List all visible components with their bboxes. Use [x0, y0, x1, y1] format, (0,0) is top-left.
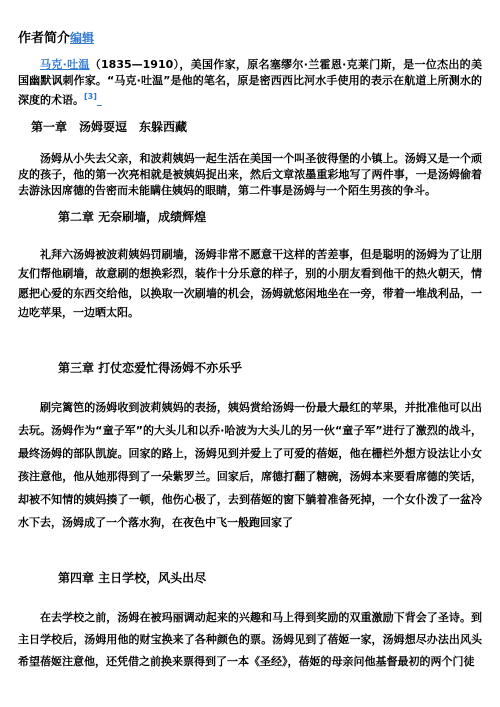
mark-twain-link[interactable]: 马克·吐温 — [40, 58, 90, 71]
section-title-text: 作者简介 — [18, 31, 70, 46]
chapter-body: 在去学校之前，汤姆在被玛丽调动起来的兴趣和马上得到奖励的双重激励下背会了圣诗。到… — [18, 607, 482, 673]
chapter-heading: 第一章 汤姆耍逗 东躲西藏 — [31, 120, 482, 134]
author-intro-paragraph: 马克·吐温（1835—1910），美国作家，原名塞缪尔·兰霍恩·克莱门斯，是一位… — [18, 57, 482, 110]
chapter-heading: 第四章 主日学校，风头出尽 — [58, 571, 482, 585]
reference-underscore: _ — [97, 96, 102, 107]
chapter-section: 第四章 主日学校，风头出尽在去学校之前，汤姆在被玛丽调动起来的兴趣和马上得到奖励… — [18, 571, 482, 673]
reference-link[interactable]: [3] — [84, 92, 97, 101]
chapter-section: 第三章 打仗恋爱忙得汤姆不亦乐乎刷完篱笆的汤姆收到波莉姨妈的表扬，姨妈赏给汤姆一… — [18, 361, 482, 534]
chapter-body: 刷完篱笆的汤姆收到波莉姨妈的表扬，姨妈赏给汤姆一份最大最红的苹果，并批准他可以出… — [18, 396, 482, 534]
chapter-heading: 第三章 打仗恋爱忙得汤姆不亦乐乎 — [58, 361, 482, 375]
section-title: 作者简介编辑 — [18, 31, 482, 46]
chapter-heading: 第二章 无奈刷墙，成绩辉煌 — [58, 210, 482, 224]
edit-link[interactable]: 编辑 — [70, 31, 94, 45]
chapter-body: 礼拜六汤姆被波莉姨妈罚刷墙，汤姆非常不愿意干这样的苦差事，但是聪明的汤姆为了让朋… — [18, 245, 482, 323]
chapter-body: 汤姆从小失去父亲，和波莉姨妈一起生活在美国一个叫圣彼得堡的小镇上。汤姆又是一个顽… — [18, 151, 482, 199]
chapter-section: 第一章 汤姆耍逗 东躲西藏汤姆从小失去父亲，和波莉姨妈一起生活在美国一个叫圣彼得… — [18, 120, 482, 199]
chapters-container: 第一章 汤姆耍逗 东躲西藏汤姆从小失去父亲，和波莉姨妈一起生活在美国一个叫圣彼得… — [18, 120, 482, 673]
document-page: 作者简介编辑 马克·吐温（1835—1910），美国作家，原名塞缪尔·兰霍恩·克… — [0, 0, 500, 707]
chapter-section: 第二章 无奈刷墙，成绩辉煌礼拜六汤姆被波莉姨妈罚刷墙，汤姆非常不愿意干这样的苦差… — [18, 210, 482, 323]
